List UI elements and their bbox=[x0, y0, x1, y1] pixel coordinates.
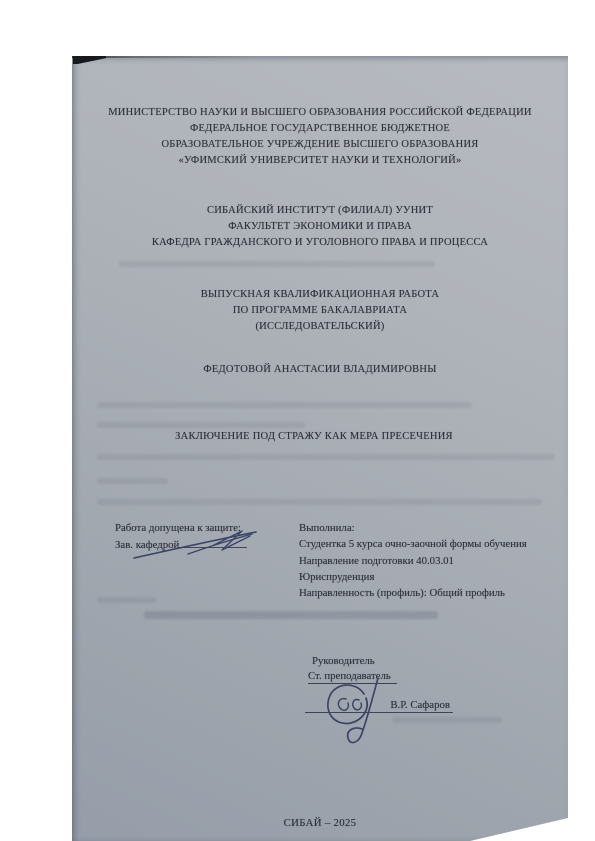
thesis-title: ЗАКЛЮЧЕНИЕ ПОД СТРАЖУ КАК МЕРА ПРЕСЕЧЕНИ… bbox=[66, 429, 562, 445]
performer-line: Юриспруденция bbox=[299, 569, 527, 585]
faculty-name: ФАКУЛЬТЕТ ЭКОНОМИКИ И ПРАВА bbox=[72, 219, 568, 235]
institute-name: СИБАЙСКИЙ ИНСТИТУТ (ФИЛИАЛ) УУНИТ bbox=[72, 203, 568, 219]
performer-heading: Выполнила: bbox=[299, 520, 527, 536]
ministry-line: ФЕДЕРАЛЬНОЕ ГОСУДАРСТВЕННОЕ БЮДЖЕТНОЕ bbox=[72, 121, 568, 137]
bleed-through-text bbox=[97, 402, 472, 408]
ministry-header: МИНИСТЕРСТВО НАУКИ И ВЫСШЕГО ОБРАЗОВАНИЯ… bbox=[72, 105, 568, 169]
work-type-line: ПО ПРОГРАММЕ БАКАЛАВРИАТА bbox=[72, 303, 568, 319]
institute-header: СИБАЙСКИЙ ИНСТИТУТ (ФИЛИАЛ) УУНИТ ФАКУЛЬ… bbox=[72, 203, 568, 251]
university-name: «УФИМСКИЙ УНИВЕРСИТЕТ НАУКИ И ТЕХНОЛОГИЙ… bbox=[72, 153, 568, 169]
bleed-through-text bbox=[97, 422, 305, 428]
ministry-line: МИНИСТЕРСТВО НАУКИ И ВЫСШЕГО ОБРАЗОВАНИЯ… bbox=[72, 105, 568, 121]
city-year: СИБАЙ – 2025 bbox=[72, 817, 568, 829]
bleed-through-text bbox=[392, 717, 502, 723]
ministry-line: ОБРАЗОВАТЕЛЬНОЕ УЧРЕЖДЕНИЕ ВЫСШЕГО ОБРАЗ… bbox=[72, 137, 568, 153]
supervisor-signature bbox=[320, 676, 390, 748]
screenshot-root: { "doc": { "ministry": [ "МИНИСТЕРСТВО Н… bbox=[0, 0, 595, 841]
page-corner-shadow bbox=[73, 56, 106, 64]
supervisor-heading: Руководитель bbox=[312, 655, 375, 667]
department-name: КАФЕДРА ГРАЖДАНСКОГО И УГОЛОВНОГО ПРАВА … bbox=[72, 235, 568, 251]
work-type-line: ВЫПУСКНАЯ КВАЛИФИКАЦИОННАЯ РАБОТА bbox=[72, 287, 568, 303]
performer-line: Студентка 5 курса очно-заочной формы обу… bbox=[299, 536, 527, 552]
scanned-title-page: МИНИСТЕРСТВО НАУКИ И ВЫСШЕГО ОБРАЗОВАНИЯ… bbox=[72, 56, 568, 841]
performer-line: Направленность (профиль): Общий профиль bbox=[299, 585, 527, 601]
performer-block: Выполнила: Студентка 5 курса очно-заочно… bbox=[299, 520, 527, 601]
bleed-through-text bbox=[97, 454, 555, 460]
performer-line: Направление подготовки 40.03.01 bbox=[299, 553, 527, 569]
work-type-header: ВЫПУСКНАЯ КВАЛИФИКАЦИОННАЯ РАБОТА ПО ПРО… bbox=[72, 287, 568, 335]
bleed-through-text bbox=[97, 478, 168, 484]
bleed-through-text bbox=[119, 261, 435, 267]
department-head-signature bbox=[130, 528, 262, 562]
bleed-through-text bbox=[144, 611, 438, 619]
author-name: ФЕДОТОВОЙ АНАСТАСИИ ВЛАДИМИРОВНЫ bbox=[72, 362, 568, 378]
supervisor-name: В.Р. Сафаров bbox=[390, 699, 450, 711]
bleed-through-text bbox=[97, 499, 542, 505]
work-type-line: (ИССЛЕДОВАТЕЛЬСКИЙ) bbox=[72, 319, 568, 335]
bleed-through-text bbox=[97, 597, 157, 603]
